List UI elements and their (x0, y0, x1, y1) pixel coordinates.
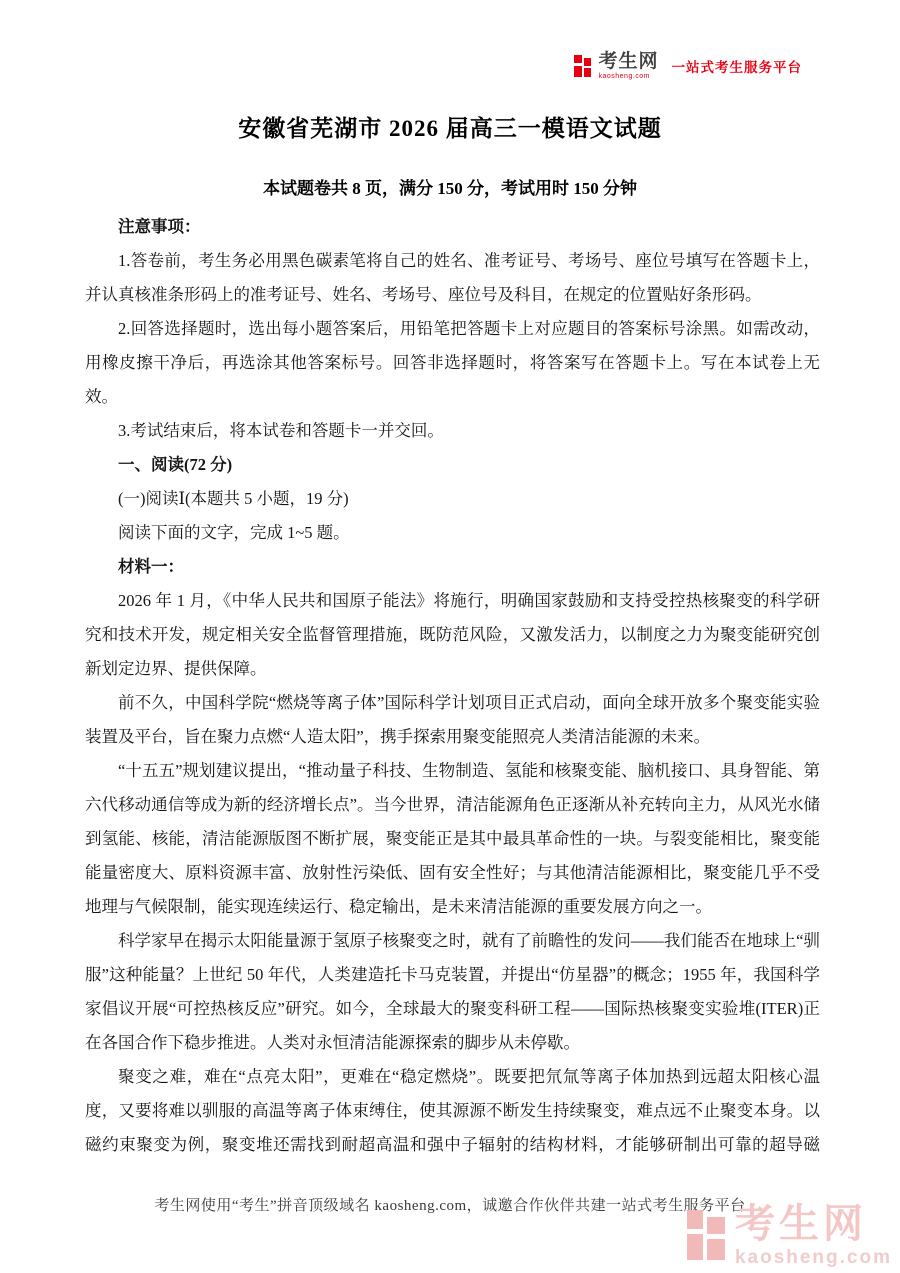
material-one-heading: 材料一： (85, 550, 820, 584)
reading-instruction: 阅读下面的文字，完成 1~5 题。 (85, 516, 820, 550)
page-title: 安徽省芜湖市 2026 届高三一模语文试题 (0, 110, 900, 143)
subsection-heading-reading1: (一)阅读Ⅰ(本题共 5 小题，19 分) (85, 482, 820, 516)
brand-tagline: 一站式考生服务平台 (672, 56, 803, 76)
page-subtitle: 本试题卷共 8 页，满分 150 分，考试用时 150 分钟 (0, 174, 900, 199)
notice-item: 2.回答选择题时，选出每小题答案后，用铅笔把答题卡上对应题目的答案标号涂黑。如需… (85, 312, 820, 414)
notice-heading: 注意事项： (85, 210, 820, 244)
watermark-text-block: 考生网 kaosheng.com (735, 1204, 892, 1267)
kaosheng-logo[interactable]: 考生网 kaosheng.com 一站式考生服务平台 (574, 52, 802, 80)
section-heading-reading: 一、阅读(72 分) (85, 448, 820, 482)
brand-name: 考生网 (598, 52, 658, 71)
kaosheng-watermark-icon (687, 1210, 725, 1260)
brand-name-block: 考生网 kaosheng.com (598, 52, 658, 80)
exam-paper-page: 考生网 kaosheng.com 一站式考生服务平台 安徽省芜湖市 2026 届… (0, 0, 900, 1273)
body-paragraph: 科学家早在揭示太阳能量源于氢原子核聚变之时，就有了前瞻性的发问——我们能否在地球… (85, 924, 820, 1060)
brand-domain: kaosheng.com (598, 73, 658, 80)
notice-item: 1.答卷前，考生务必用黑色碳素笔将自己的姓名、准考证号、考场号、座位号填写在答题… (85, 244, 820, 312)
kaosheng-watermark: 考生网 kaosheng.com (687, 1204, 892, 1267)
notice-item: 3.考试结束后，将本试卷和答题卡一并交回。 (85, 414, 820, 448)
watermark-name: 考生网 (735, 1204, 892, 1244)
body-paragraph: “十五五”规划建议提出，“推动量子科技、生物制造、氢能和核聚变能、脑机接口、具身… (85, 754, 820, 924)
body-paragraph: 前不久，中国科学院“燃烧等离子体”国际科学计划项目正式启动，面向全球开放多个聚变… (85, 686, 820, 754)
body-paragraph-cutoff: 聚变之难，难在“点亮太阳”，更难在“稳定燃烧”。既要把氘氚等离子体加热到远超太阳… (85, 1060, 820, 1162)
body-paragraph: 2026 年 1 月，《中华人民共和国原子能法》将施行，明确国家鼓励和支持受控热… (85, 584, 820, 686)
document-body: 注意事项： 1.答卷前，考生务必用黑色碳素笔将自己的姓名、准考证号、考场号、座位… (85, 210, 820, 1162)
kaosheng-logo-icon (574, 55, 591, 77)
watermark-domain: kaosheng.com (735, 1248, 892, 1267)
